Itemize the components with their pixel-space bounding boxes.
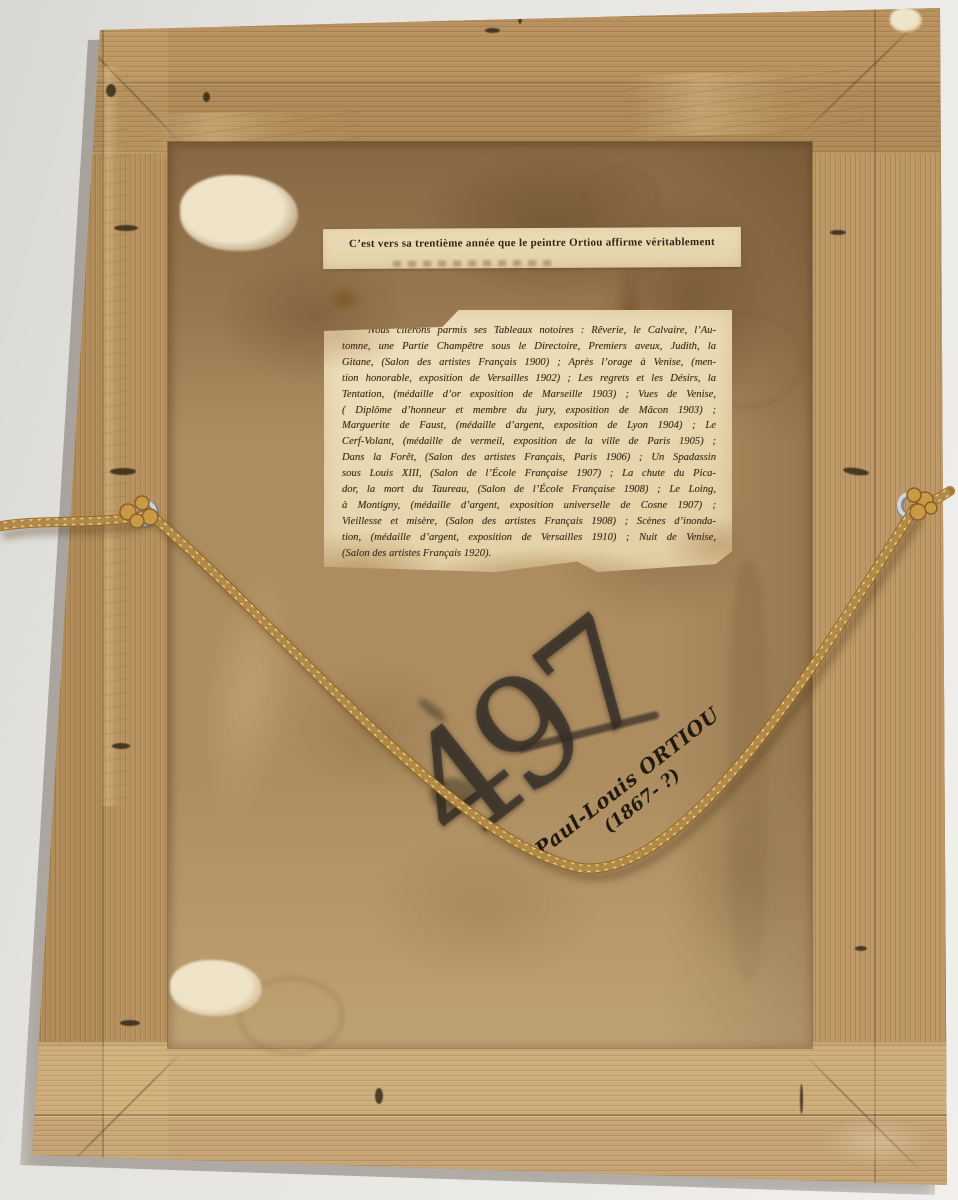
- water-ring-stain: [583, 167, 659, 231]
- label-line: Marguerite de Faust, (médaille d’argent,…: [342, 418, 716, 434]
- ink-mark: [114, 225, 138, 231]
- right-band-crease: [874, 6, 876, 1190]
- label-line: tion, (médaille d’argent, exposition de …: [342, 530, 716, 546]
- ink-mark: [120, 1020, 140, 1026]
- ink-mark: [375, 1088, 383, 1104]
- label-line: Vieillesse et misère, (Salon des artiste…: [342, 514, 716, 530]
- chalk-smudge: [820, 1118, 930, 1166]
- bottom-band-crease: [30, 1114, 950, 1116]
- torn-paper-patch: [890, 8, 922, 32]
- biography-label: Nous citerons parmis ses Tableaux notoir…: [324, 310, 732, 572]
- label-line: dor, la mort du Taureau, (Salon de l’Éco…: [342, 482, 716, 498]
- faded-text-fragment: [393, 260, 553, 267]
- label-line: tion honorable, exposition de Versailles…: [342, 371, 716, 387]
- photo-frame-back: C’est vers sa trentième année que le pei…: [0, 0, 958, 1200]
- ink-mark: [518, 10, 522, 24]
- label-line: (Salon des artistes Français 1920).: [342, 546, 716, 562]
- backing-panel: C’est vers sa trentième année que le pei…: [168, 142, 812, 1048]
- strip-label-text: C’est vers sa trentième année que le pei…: [323, 227, 741, 250]
- glue-remnant: [328, 286, 362, 312]
- label-line: ( Diplôme d’honneur et membre du jury, e…: [342, 403, 716, 419]
- tape-strip: [100, 66, 128, 806]
- label-line: tomne, une Partie Champêtre sous le Dire…: [342, 339, 716, 355]
- ink-mark: [106, 84, 116, 97]
- frame-right-bar: [810, 154, 950, 1042]
- label-line: à Montigny, (médaille d’argent, expositi…: [342, 498, 716, 514]
- bottom-inner-band: [30, 1046, 950, 1114]
- tape-strip: [629, 69, 866, 137]
- ink-mark: [110, 468, 136, 475]
- label-line: sous Louis XIII, (Salon de l’École Franç…: [342, 466, 716, 482]
- label-line: Dans la Forêt, (Salon des artistes Franç…: [342, 450, 716, 466]
- label-line: Tentation, (médaille d’or exposition de …: [342, 387, 716, 403]
- scratch-mark: [800, 1084, 803, 1114]
- ink-mark: [830, 230, 846, 235]
- ink-mark: [203, 92, 210, 102]
- ink-mark: [112, 743, 130, 749]
- ink-mark: [485, 28, 500, 33]
- label-line: Cerf-Volant, (médaille de vermeil, expos…: [342, 434, 716, 450]
- label-line: Gitane, (Salon des artistes Français 190…: [342, 355, 716, 371]
- torn-paper-patch: [170, 960, 262, 1016]
- picture-frame-back: C’est vers sa trentième année que le pei…: [30, 6, 950, 1190]
- exhibition-strip-label: C’est vers sa trentième année que le pei…: [323, 227, 741, 269]
- ink-mark: [855, 946, 867, 951]
- torn-paper-patch: [180, 175, 298, 251]
- charcoal-smudge: [430, 778, 475, 810]
